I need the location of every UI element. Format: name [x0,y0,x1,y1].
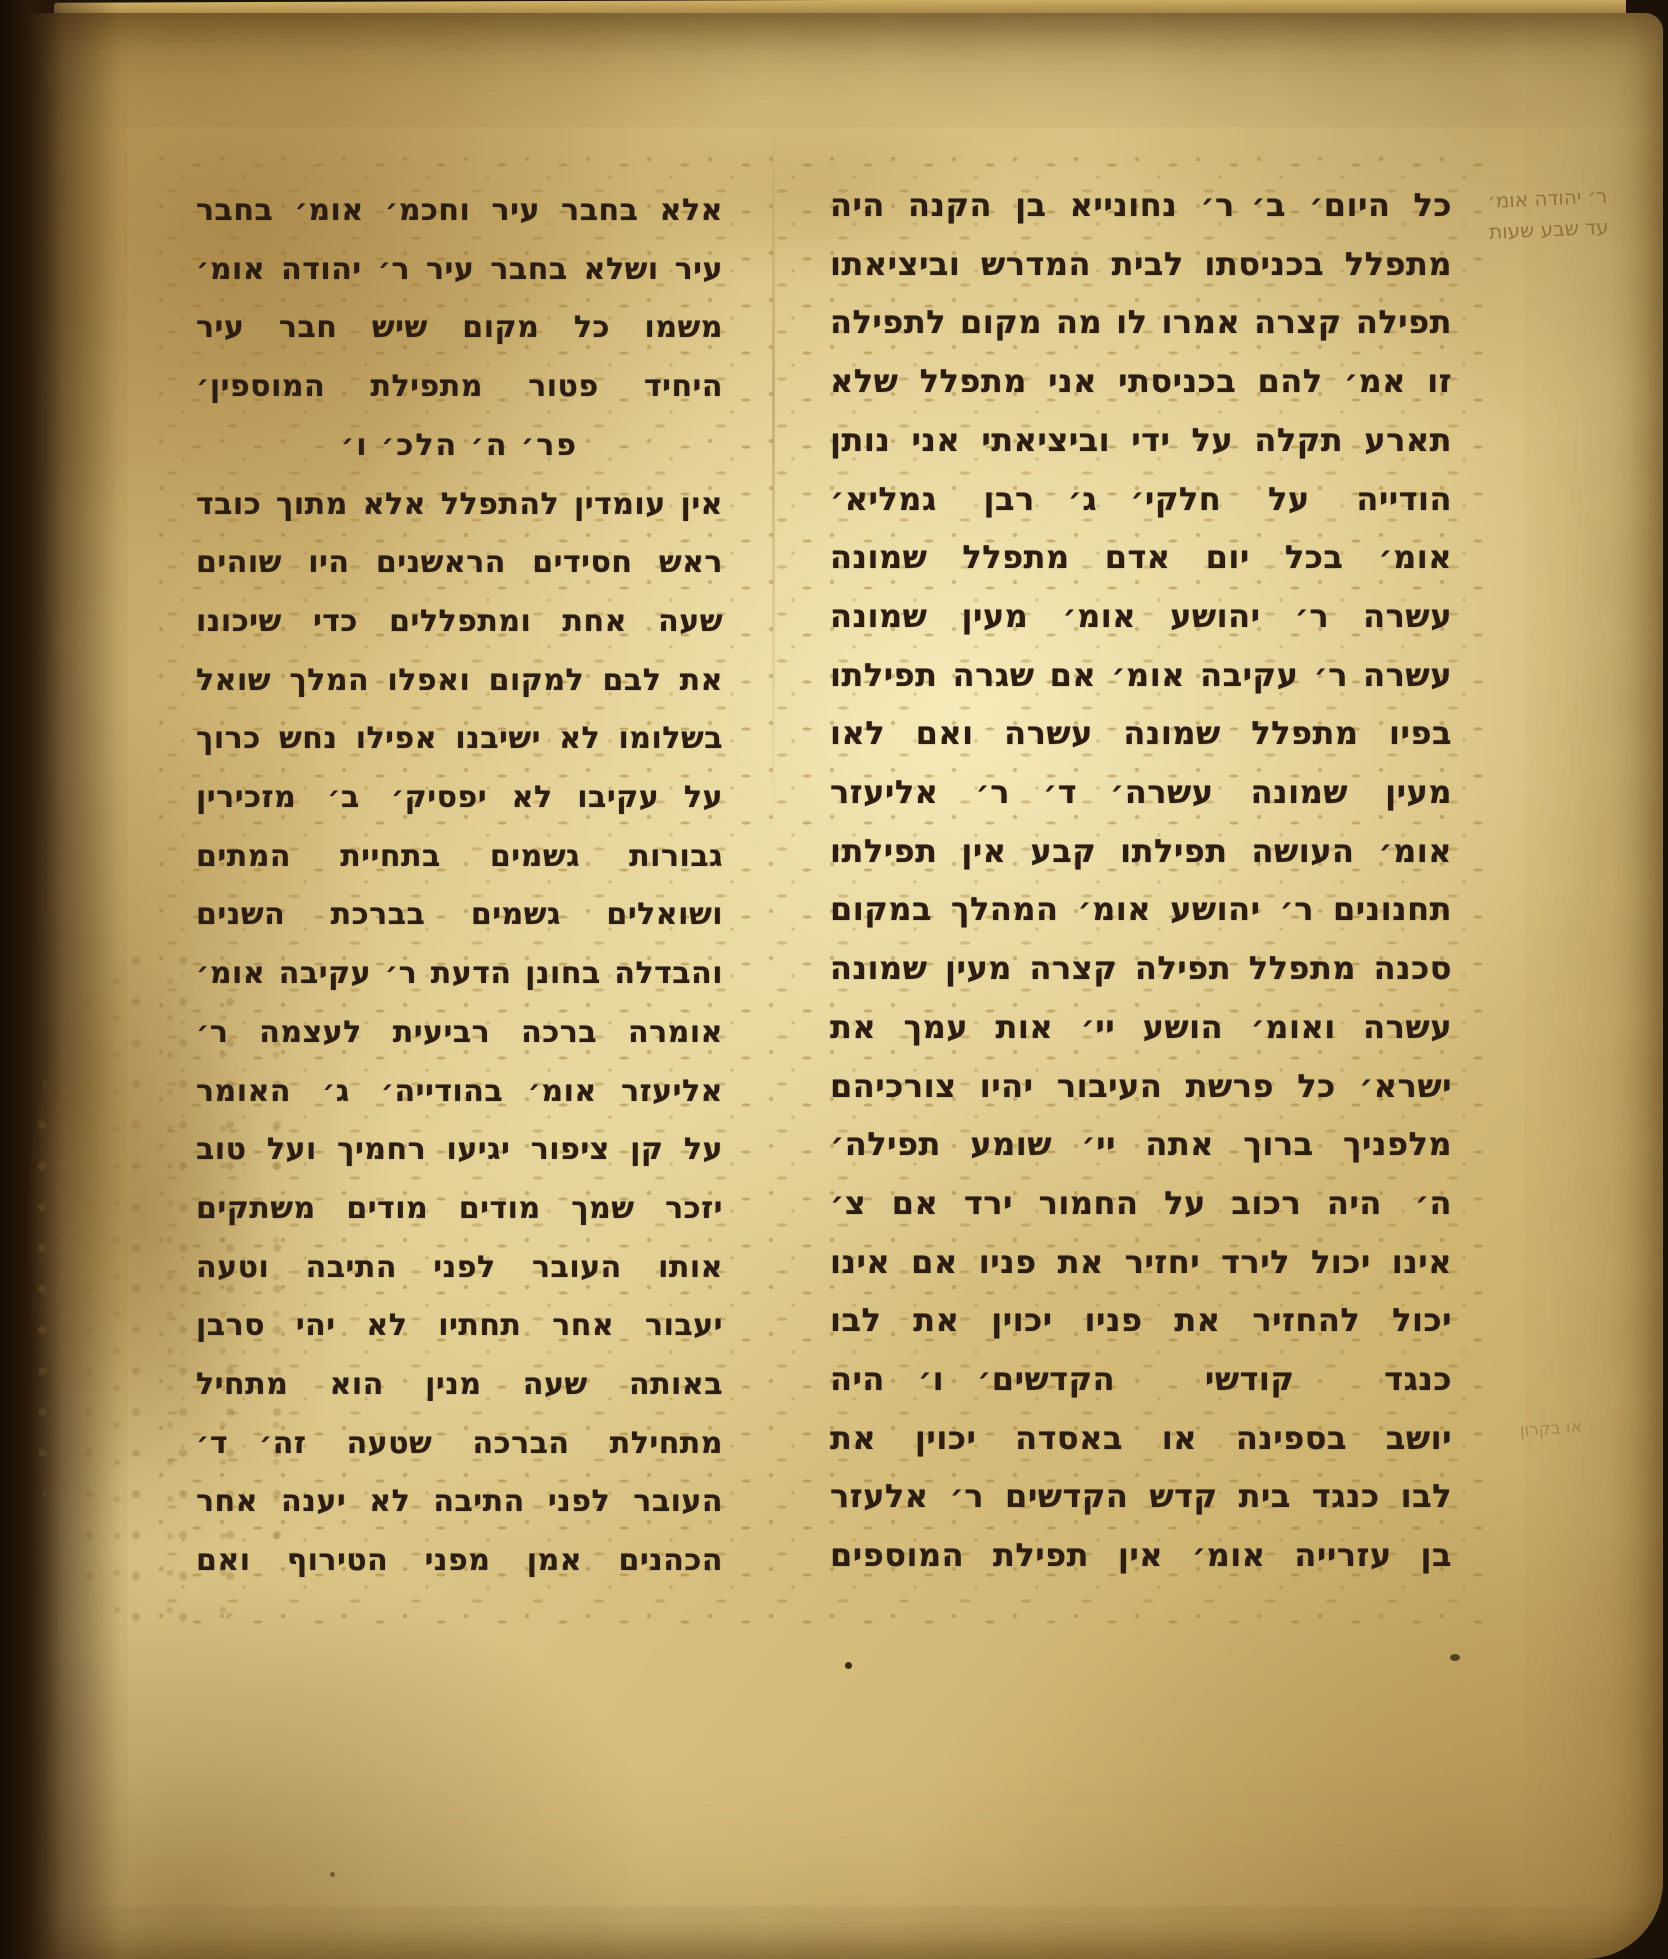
text-line: אלא בחבר עיר וחכמ׳ אומ׳ בחבר [196,182,723,241]
manuscript-photo: { "page": { "colors": { "ink": "#2b1d10"… [0,0,1668,1959]
text-line: בן עזרייה אומ׳ אין תפילת המוספים [830,1526,1452,1585]
text-line: עד שבע שעות [1458,212,1609,250]
text-line: עשרה ר׳ יהושע אומ׳ מעין שמונה [830,587,1452,646]
text-line: הודייה על חלקי׳ ג׳ רבן גמליא׳ [830,470,1452,529]
text-line: תחנונים ר׳ יהושע אומ׳ המהלך במקום [830,880,1452,939]
text-line: מעין שמונה עשרה׳ ד׳ ר׳ אליעזר [830,763,1452,822]
left-text-column: אלא בחבר עיר וחכמ׳ אומ׳ בחברעיר ושלא בחב… [196,182,723,1591]
text-line: מתחילת הברכה שטעה זה׳ ד׳ [196,1415,723,1474]
text-line: יכול להחזיר את פניו יכוין את לבו [830,1291,1452,1350]
text-line: אומ׳ העושה תפילתו קבע אין תפילתו [830,822,1452,881]
text-line: על עקיבו לא יפסיק׳ ב׳ מזכירין [196,769,723,828]
text-line: בפיו מתפלל שמונה עשרה ואם לאו [830,704,1452,763]
text-line: כנגד קודשי הקדשים׳ ו׳ היה [830,1350,1452,1409]
text-line: גבורות גשמים בתחיית המתים [196,828,723,887]
text-line: העובר לפני התיבה לא יענה אחר [196,1473,723,1532]
text-line: אין עומדין להתפלל אלא מתוך כובד [196,476,723,535]
text-line: כל היום׳ ב׳ ר׳ נחונייא בן הקנה היה [830,176,1452,235]
text-line: הכהנים אמן מפני הטירוף ואם [196,1532,723,1591]
text-line: היחיד פטור מתפילת המוספין׳ [196,358,723,417]
chapter-heading: פר׳ ה׳ הלכ׳ ו׳ [196,417,723,476]
text-line: אליעזר אומ׳ בהודייה׳ ג׳ האומר [196,1063,723,1122]
text-line: יושב בספינה או באסדה יכוין את [830,1409,1452,1468]
text-line: עשרה ואומ׳ הושע יי׳ אות עמך את [830,998,1452,1057]
text-line: על קן ציפור יגיעו רחמיך ועל טוב [196,1121,723,1180]
text-line: עשרה ר׳ עקיבה אומ׳ אם שגרה תפילתו [830,646,1452,705]
text-line: אותו העובר לפני התיבה וטעה [196,1239,723,1298]
text-line: אומ׳ בכל יום אדם מתפלל שמונה [830,528,1452,587]
text-line: אומרה ברכה רביעית לעצמה ר׳ [196,1004,723,1063]
text-line: באותה שעה מנין הוא מתחיל [196,1356,723,1415]
text-line: סכנה מתפלל תפילה קצרה מעין שמונה [830,939,1452,998]
ink-speck [330,1872,335,1877]
text-line: מתפלל בכניסתו לבית המדרש וביציאתו [830,235,1452,294]
text-line: עיר ושלא בחבר עיר ר׳ יהודה אומ׳ [196,241,723,300]
text-line: זו אמ׳ להם בכניסתי אני מתפלל שלא [830,352,1452,411]
text-line: ושואלים גשמים בברכת השנים [196,886,723,945]
text-line: לבו כנגד בית קדש הקדשים ר׳ אלעזר [830,1467,1452,1526]
marginal-note-top-right: ר׳ יהודה אומ׳עד שבע שעות [1457,181,1610,249]
text-line: בשלומו לא ישיבנו אפילו נחש כרוך [196,710,723,769]
text-line: מלפניך ברוך אתה יי׳ שומע תפילה׳ [830,1115,1452,1174]
text-line: תפילה קצרה אמרו לו מה מקום לתפילה [830,293,1452,352]
text-line: ראש חסידים הראשנים היו שוהים [196,534,723,593]
ink-speck [845,1662,852,1669]
gutter-crease [772,110,775,830]
text-line: משמו כל מקום שיש חבר עיר [196,299,723,358]
text-line: את לבם למקום ואפלו המלך שואל [196,652,723,711]
text-line: ישרא׳ כל פרשת העיבור יהיו צורכיהם [830,1057,1452,1116]
ink-speck [1450,1654,1460,1661]
text-line: יעבור אחר תחתיו לא יהי סרבן [196,1297,723,1356]
text-line: תארע תקלה על ידי וביציאתי אני נותן [830,411,1452,470]
text-line: והבדלה בחונן הדעת ר׳ עקיבה אומ׳ [196,945,723,1004]
text-line: שעה אחת ומתפללים כדי שיכונו [196,593,723,652]
right-text-column: כל היום׳ ב׳ ר׳ נחונייא בן הקנה היהמתפלל … [830,176,1452,1585]
text-line: אינו יכול לירד יחזיר את פניו אם אינו [830,1233,1452,1292]
text-line: יזכר שמך מודים מודים משתקים [196,1180,723,1239]
text-line: ה׳ היה רכוב על החמור ירד אם צ׳ [830,1174,1452,1233]
